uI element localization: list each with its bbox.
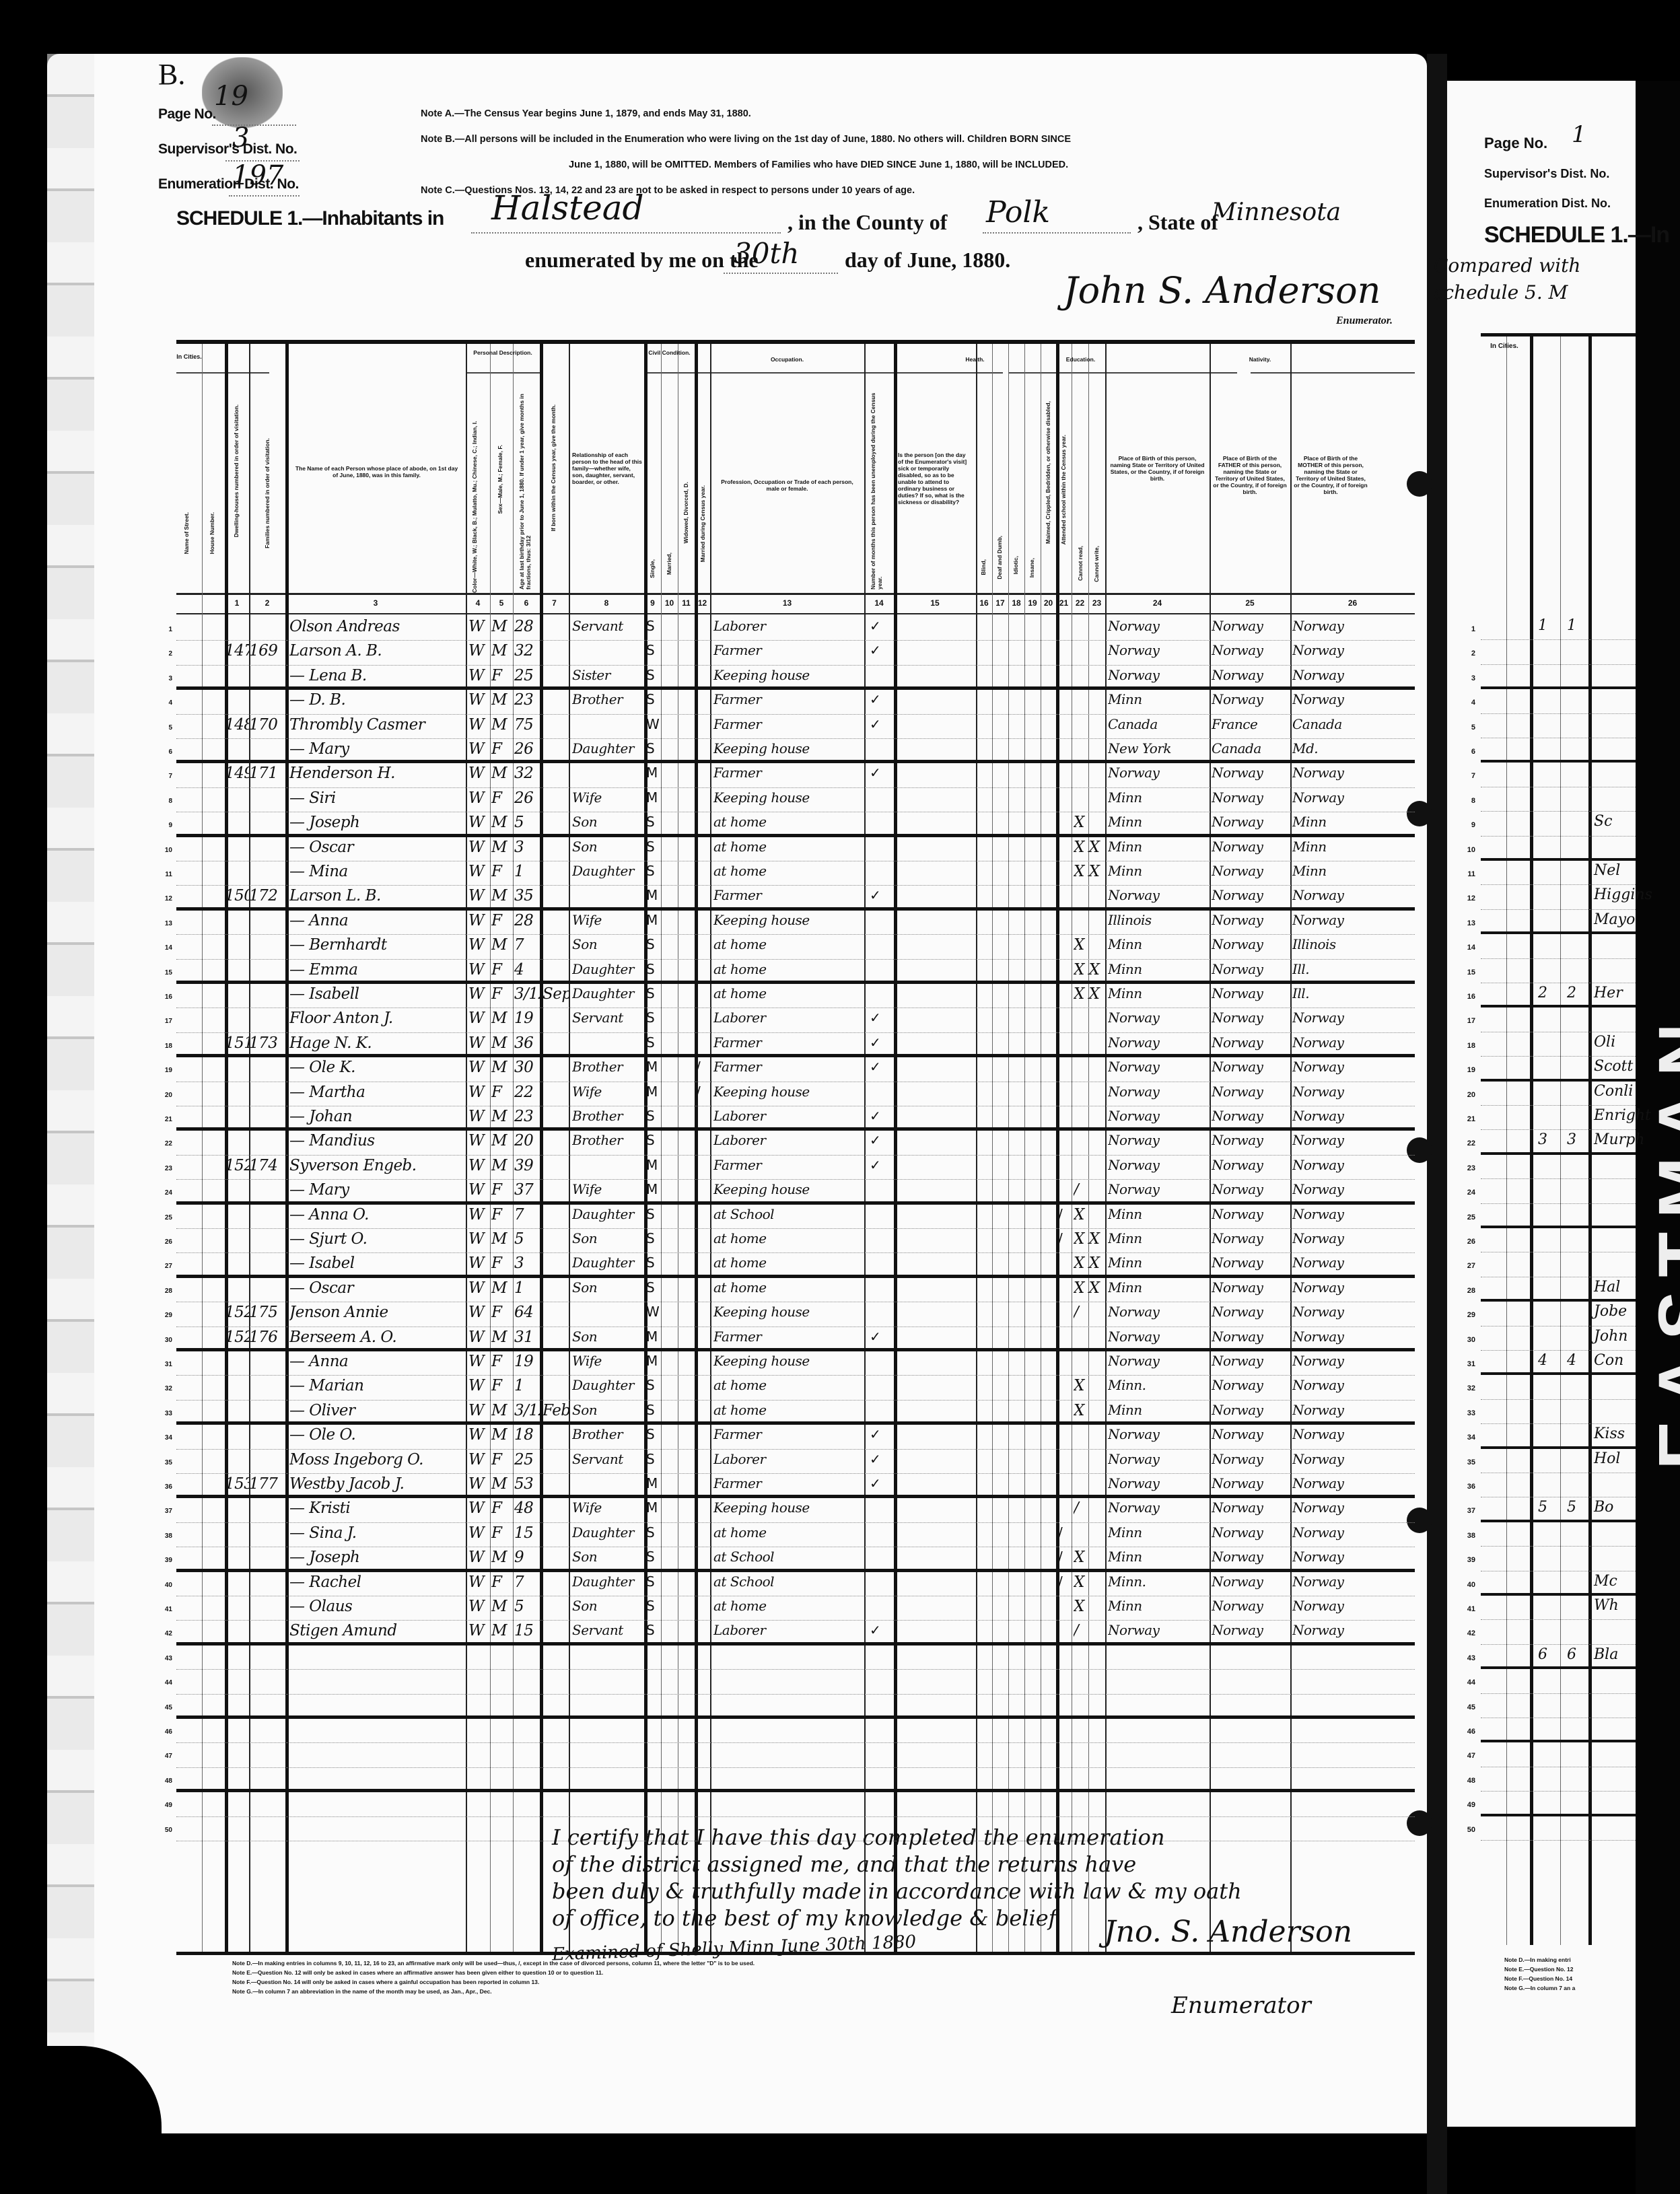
- occupation: Farmer: [713, 1475, 863, 1491]
- age: 39: [514, 1157, 540, 1174]
- birthplace-mother: Norway: [1292, 1108, 1413, 1124]
- row-number: 12: [1455, 894, 1475, 903]
- family-number: 169: [249, 642, 285, 660]
- row-number: 29: [1455, 1311, 1475, 1319]
- person-name: — Siri: [289, 789, 466, 807]
- table-row: 8— SiriWF26WifeMKeeping houseMinnNorwayN…: [176, 788, 1415, 812]
- birthplace-mother: Norway: [1292, 1353, 1413, 1369]
- birthplace-mother: Canada: [1292, 716, 1413, 732]
- color: W: [468, 887, 490, 905]
- birthplace-mother: Norway: [1292, 1451, 1413, 1467]
- birthplace-father: Norway: [1212, 618, 1290, 634]
- row-number: 39: [157, 1557, 172, 1564]
- person-name: Hal: [1594, 1279, 1620, 1296]
- group-line: [644, 372, 718, 374]
- page-edge: [47, 54, 94, 2133]
- page-no-value: 19: [214, 81, 248, 112]
- age: 7: [514, 936, 540, 954]
- family-number: 2: [1567, 985, 1576, 1001]
- color: W: [468, 1499, 490, 1517]
- table-row: 45: [176, 1695, 1415, 1719]
- person-name: — Johan: [289, 1108, 466, 1125]
- age: 28: [514, 618, 540, 635]
- group-nativity: Nativity.: [1105, 356, 1415, 363]
- birthplace-father: Norway: [1212, 1549, 1290, 1565]
- birthplace-mother: Norway: [1292, 1549, 1413, 1565]
- adj-table-row: 13Mayo: [1481, 910, 1636, 934]
- occupation: Laborer: [713, 618, 863, 634]
- row-number: 4: [157, 699, 172, 707]
- person-name: John: [1594, 1328, 1628, 1345]
- row-number: 8: [1455, 797, 1475, 805]
- person-name: — Joseph: [289, 1549, 466, 1566]
- birthplace-self: Minn.: [1108, 1377, 1209, 1393]
- hdr-occupation: Profession, Occupation or Trade of each …: [715, 479, 860, 492]
- civil-condition: S: [646, 740, 693, 756]
- sex: F: [491, 1573, 513, 1591]
- occupation: Farmer: [713, 642, 863, 658]
- civil-condition: S: [646, 618, 693, 634]
- occupation: Farmer: [713, 887, 863, 903]
- birthplace-self: Minn: [1108, 1402, 1209, 1418]
- group-line: [710, 372, 1003, 374]
- relationship: Daughter: [572, 863, 643, 879]
- color: W: [468, 1034, 490, 1052]
- adj-table-row: 27: [1481, 1252, 1636, 1277]
- dwelling-number: 6: [1538, 1646, 1547, 1663]
- family-number: 173: [249, 1034, 285, 1052]
- birthplace-mother: Norway: [1292, 1622, 1413, 1638]
- sex: F: [491, 863, 513, 880]
- row-number: 40: [157, 1582, 172, 1589]
- adj-table-row: 8: [1481, 787, 1636, 812]
- row-number: 50: [157, 1827, 172, 1834]
- birthplace-father: Norway: [1212, 1084, 1290, 1100]
- row-number: 18: [1455, 1042, 1475, 1050]
- occupation: at home: [713, 1230, 863, 1246]
- adj-table-row: 14: [1481, 934, 1636, 958]
- civil-condition: M: [646, 1157, 693, 1173]
- adj-table-row: 46: [1481, 1718, 1636, 1742]
- adj-table-row: 25: [1481, 1204, 1636, 1228]
- civil-condition: S: [646, 1451, 693, 1467]
- person-name: — Sina J.: [289, 1524, 466, 1542]
- civil-condition: S: [646, 936, 693, 952]
- adj-table-row: 17: [1481, 1007, 1636, 1032]
- color: W: [468, 1329, 490, 1346]
- person-name: — Ole K.: [289, 1059, 466, 1076]
- row-number: 35: [1455, 1458, 1475, 1466]
- relationship: Son: [572, 936, 643, 952]
- relationship: Brother: [572, 1426, 643, 1442]
- row-number: 24: [1455, 1189, 1475, 1197]
- adj-bottom-notes: Note D.—In making entri Note E.—Question…: [1504, 1955, 1575, 1993]
- birthplace-father: Norway: [1212, 789, 1290, 806]
- table-row: 44: [176, 1670, 1415, 1694]
- sex: M: [491, 839, 513, 856]
- color: W: [468, 716, 490, 734]
- row-number: 11: [1455, 870, 1475, 878]
- adj-note-e: Note E.—Question No. 12: [1504, 1965, 1575, 1974]
- cert-line: of the district assigned me, and that th…: [552, 1851, 1427, 1878]
- relationship: Son: [572, 839, 643, 855]
- note-e: Note E.—Question No. 12 will only be ask…: [232, 1968, 755, 1977]
- row-number: 41: [157, 1606, 172, 1613]
- person-name: Larson A. B.: [289, 642, 466, 660]
- birthplace-self: Canada: [1108, 716, 1209, 732]
- relationship: Servant: [572, 1010, 643, 1026]
- row-number: 40: [1455, 1581, 1475, 1589]
- family-number: 175: [249, 1304, 285, 1321]
- civil-condition: S: [646, 1132, 693, 1148]
- row-number: 50: [1455, 1826, 1475, 1834]
- birthplace-father: Norway: [1212, 667, 1290, 683]
- cannot-read-write: X: [1074, 1206, 1105, 1224]
- colnum: 23: [1088, 598, 1105, 608]
- person-name: Her: [1594, 985, 1623, 1001]
- table-row: 20— MarthaWF22WifeM/Keeping houseNorwayN…: [176, 1082, 1415, 1106]
- age: 31: [514, 1329, 540, 1346]
- sex: M: [491, 618, 513, 635]
- group-in-cities: In Cities.: [176, 353, 202, 360]
- color: W: [468, 691, 490, 709]
- occupation: Farmer: [713, 765, 863, 781]
- occupation: at School: [713, 1206, 863, 1222]
- occupation: Farmer: [713, 1034, 863, 1051]
- relationship: Daughter: [572, 1573, 643, 1590]
- age: 32: [514, 765, 540, 782]
- row-number: 10: [157, 847, 172, 854]
- civil-condition: S: [646, 1206, 693, 1222]
- age: 9: [514, 1549, 540, 1566]
- birthplace-self: Minn: [1108, 1254, 1209, 1271]
- family-number: 170: [249, 716, 285, 734]
- person-name: Nel: [1594, 862, 1620, 879]
- color: W: [468, 1426, 490, 1444]
- age: 22: [514, 1084, 540, 1101]
- row-number: 45: [1455, 1703, 1475, 1711]
- birthplace-father: Norway: [1212, 1475, 1290, 1491]
- hdr-single: Single,: [649, 559, 656, 578]
- table-row: 38— Sina J.WF15DaughterSat home/MinnNorw…: [176, 1523, 1415, 1547]
- color: W: [468, 814, 490, 831]
- colnum: 12: [695, 598, 710, 608]
- sex: F: [491, 1451, 513, 1468]
- civil-condition: M: [646, 1499, 693, 1516]
- birthplace-self: Minn.: [1108, 1573, 1209, 1590]
- sex: M: [491, 1034, 513, 1052]
- row-number: 24: [157, 1189, 172, 1197]
- age: 5: [514, 814, 540, 831]
- civil-condition: S: [646, 1034, 693, 1051]
- occupation: Laborer: [713, 1132, 863, 1148]
- cert-line: been duly & truthfully made in accordanc…: [552, 1878, 1427, 1905]
- civil-condition: M: [646, 1059, 693, 1075]
- adj-table-row: 15: [1481, 959, 1636, 983]
- color: W: [468, 1304, 490, 1321]
- row-number: 43: [1455, 1654, 1475, 1662]
- color: W: [468, 1157, 490, 1174]
- cannot-read-write: X X: [1074, 839, 1105, 856]
- cannot-read-write: X: [1074, 814, 1105, 831]
- birthplace-self: Minn: [1108, 1524, 1209, 1541]
- occupation: Keeping house: [713, 1181, 863, 1197]
- occupation: Farmer: [713, 691, 863, 707]
- birthplace-father: Norway: [1212, 1181, 1290, 1197]
- birthplace-self: Minn: [1108, 1206, 1209, 1222]
- age: 4: [514, 961, 540, 979]
- table-row: 2147169Larson A. B.WM32SFarmer✓NorwayNor…: [176, 641, 1415, 665]
- attended-school: /: [1058, 1230, 1072, 1246]
- bottom-notes: Note D.—In making entries in columns 9, …: [232, 1958, 755, 1996]
- day-value: 30th: [734, 237, 799, 270]
- cannot-read-write: X X: [1074, 961, 1105, 979]
- color: W: [468, 1451, 490, 1468]
- civil-condition: M: [646, 887, 693, 903]
- row-number: 47: [157, 1753, 172, 1760]
- birthplace-father: Norway: [1212, 1034, 1290, 1051]
- hdr-street: Name of Street.: [183, 512, 190, 554]
- person-name: — Oscar: [289, 839, 466, 856]
- table-row: 34— Ole O.WM18BrotherSFarmer✓NorwayNorwa…: [176, 1425, 1415, 1449]
- table-row: 10— OscarWM3SonSat homeX XMinnNorwayMinn: [176, 837, 1415, 861]
- age: 25: [514, 1451, 540, 1468]
- relationship: Wife: [572, 1181, 643, 1197]
- occupation: at home: [713, 1279, 863, 1296]
- birthplace-self: Norway: [1108, 1108, 1209, 1124]
- attended-school: /: [1058, 1524, 1072, 1541]
- row-number: 44: [1455, 1678, 1475, 1687]
- sex: M: [491, 1622, 513, 1639]
- row-number: 19: [157, 1067, 172, 1074]
- age: 19: [514, 1010, 540, 1027]
- adj-table-row: 40Mc: [1481, 1571, 1636, 1596]
- table-row: 42Stigen AmundWM15ServantSLaborer✓/Norwa…: [176, 1621, 1415, 1645]
- birthplace-father: Norway: [1212, 1499, 1290, 1516]
- color: W: [468, 667, 490, 684]
- relationship: Brother: [572, 691, 643, 707]
- birthplace-father: Canada: [1212, 740, 1290, 756]
- dwelling-number: 151: [225, 1034, 249, 1052]
- page-no-label: Page No.: [158, 106, 216, 122]
- birthplace-mother: Minn: [1292, 814, 1413, 830]
- person-name: Con: [1594, 1352, 1623, 1369]
- birthplace-father: Norway: [1212, 1230, 1290, 1246]
- sex: F: [491, 1304, 513, 1321]
- unemployed: ✓: [870, 887, 893, 903]
- row-number: 33: [157, 1410, 172, 1417]
- sex: M: [491, 887, 513, 905]
- dwelling-number: 150: [225, 887, 249, 905]
- unemployed: ✓: [870, 1157, 893, 1173]
- microfilm-label: EASTMAN: [1642, 1010, 1680, 1470]
- colnum: 5: [490, 598, 513, 608]
- occupation: Keeping house: [713, 1084, 863, 1100]
- row-number: 37: [157, 1508, 172, 1515]
- colnum: 18: [1008, 598, 1024, 608]
- occupation: Farmer: [713, 1426, 863, 1442]
- colnum: 3: [285, 598, 466, 608]
- adj-table-row: 11Nel: [1481, 861, 1636, 885]
- certification-signature: Jno. S. Anderson: [1104, 1915, 1352, 1949]
- occupation: at home: [713, 863, 863, 879]
- occupation: at home: [713, 1402, 863, 1418]
- birthplace-self: Norway: [1108, 1499, 1209, 1516]
- row-number: 26: [1455, 1238, 1475, 1246]
- person-name: Conli: [1594, 1083, 1633, 1100]
- group-health: Health.: [894, 356, 1056, 363]
- date-suffix: day of June, 1880.: [845, 248, 1010, 273]
- county-value: Polk: [986, 195, 1050, 229]
- row-number: 46: [157, 1728, 172, 1736]
- person-name: — Bernhardt: [289, 936, 466, 954]
- person-name: Mc: [1594, 1573, 1617, 1590]
- table-row: 32— MarianWF1DaughterSat homeXMinn.Norwa…: [176, 1376, 1415, 1400]
- occupation: Keeping house: [713, 1304, 863, 1320]
- birthplace-father: Norway: [1212, 1279, 1290, 1296]
- table-row: 16— IsabellWF3/12SeptDaughterSat homeX X…: [176, 984, 1415, 1008]
- age: 15: [514, 1622, 540, 1639]
- group-line: [176, 372, 269, 374]
- cannot-read-write: X: [1074, 1402, 1105, 1419]
- birthplace-mother: Minn: [1292, 839, 1413, 855]
- adj-table-row: 7: [1481, 763, 1636, 787]
- occupation: at home: [713, 839, 863, 855]
- birthplace-self: Norway: [1108, 618, 1209, 634]
- person-name: Scott: [1594, 1058, 1633, 1075]
- civil-condition: M: [646, 1353, 693, 1369]
- birthplace-mother: Norway: [1292, 1499, 1413, 1516]
- row-number: 14: [1455, 944, 1475, 952]
- dwelling-number: 3: [1538, 1131, 1547, 1148]
- adj-table-row: 49: [1481, 1792, 1636, 1816]
- color: W: [468, 1254, 490, 1272]
- cannot-read-write: /: [1074, 1181, 1105, 1199]
- age: 5: [514, 1230, 540, 1248]
- birthplace-mother: Norway: [1292, 1157, 1413, 1173]
- dwelling-number: 1: [1538, 617, 1547, 634]
- row-number: 47: [1455, 1752, 1475, 1760]
- hdr-widowed: Widowed, Divorced, D.: [682, 482, 689, 544]
- dwelling-number: 4: [1538, 1352, 1547, 1369]
- birthplace-father: Norway: [1212, 1524, 1290, 1541]
- person-name: Hage N. K.: [289, 1034, 466, 1052]
- colnum: 15: [894, 598, 976, 608]
- age: 53: [514, 1475, 540, 1493]
- table-row: 21— JohanWM23BrotherSLaborer✓NorwayNorwa…: [176, 1106, 1415, 1131]
- color: W: [468, 1377, 490, 1394]
- birthplace-mother: Md.: [1292, 740, 1413, 756]
- birthplace-father: Norway: [1212, 887, 1290, 903]
- note-a: Note A.—The Census Year begins June 1, 1…: [421, 101, 1350, 127]
- adj-in-cities: In Cities.: [1481, 343, 1528, 350]
- group-civil: Civil Condition.: [644, 349, 695, 356]
- table-row: 9— JosephWM5SonSat homeXMinnNorwayMinn: [176, 812, 1415, 837]
- hdr-idiotic: Idiotic,: [1012, 556, 1019, 574]
- adj-table-row: 45: [1481, 1694, 1636, 1718]
- sex: M: [491, 1598, 513, 1615]
- relationship: Brother: [572, 1059, 643, 1075]
- person-name: Berseem A. O.: [289, 1329, 466, 1346]
- adj-note: Compared with schedule 5. M: [1434, 252, 1636, 306]
- birthplace-mother: Norway: [1292, 1598, 1413, 1614]
- sex: F: [491, 1377, 513, 1394]
- table-row: 48: [176, 1768, 1415, 1792]
- birthplace-father: Norway: [1212, 1108, 1290, 1124]
- group-occupation: Occupation.: [710, 356, 864, 363]
- family-number: 176: [249, 1329, 285, 1346]
- hdr-relationship: Relationship of each person to the head …: [572, 452, 642, 485]
- birthplace-self: Norway: [1108, 1451, 1209, 1467]
- color: W: [468, 863, 490, 880]
- adj-page-no: 1: [1572, 121, 1586, 148]
- row-number: 9: [1455, 821, 1475, 829]
- birthplace-self: Norway: [1108, 1329, 1209, 1345]
- person-name: Jobe: [1594, 1303, 1627, 1320]
- color: W: [468, 936, 490, 954]
- color: W: [468, 1132, 490, 1149]
- civil-condition: M: [646, 1181, 693, 1197]
- color: W: [468, 765, 490, 782]
- birthplace-self: New York: [1108, 740, 1209, 756]
- person-name: Thrombly Casmer: [289, 716, 466, 734]
- colnum: 24: [1105, 598, 1210, 608]
- birthplace-self: Norway: [1108, 1132, 1209, 1148]
- colnum: 16: [976, 598, 992, 608]
- table-row: 15— EmmaWF4DaughterSat homeX XMinnNorway…: [176, 960, 1415, 984]
- adj-table-row: 3: [1481, 665, 1636, 689]
- person-name: — Kristi: [289, 1499, 466, 1517]
- adj-page-no-label: Page No.: [1484, 135, 1547, 152]
- relationship: Brother: [572, 1132, 643, 1148]
- color: W: [468, 1524, 490, 1542]
- civil-condition: S: [646, 1377, 693, 1393]
- row-number: 32: [1455, 1384, 1475, 1392]
- row-number: 29: [157, 1312, 172, 1319]
- family-number: 1: [1567, 617, 1576, 634]
- dwelling-number: 152: [225, 1329, 249, 1346]
- row-number: 2: [1455, 649, 1475, 658]
- hdr-maimed: Maimed, Crippled, Bedridden, or otherwis…: [1045, 401, 1051, 544]
- table-row: 14— BernhardtWM7SonSat homeXMinnNorwayIl…: [176, 935, 1415, 959]
- place-line: [471, 232, 781, 234]
- color: W: [468, 839, 490, 856]
- table-row: 5148170Thrombly CasmerWM75WFarmer✓Canada…: [176, 715, 1415, 739]
- birthplace-self: Norway: [1108, 642, 1209, 658]
- birthplace-self: Minn: [1108, 1279, 1209, 1296]
- color: W: [468, 1206, 490, 1224]
- colnum: 25: [1210, 598, 1290, 608]
- age: 1: [514, 863, 540, 880]
- adj-table-row: 34Kiss: [1481, 1424, 1636, 1448]
- unemployed: ✓: [870, 642, 893, 658]
- occupation: at home: [713, 936, 863, 952]
- adj-table-row: 10: [1481, 837, 1636, 861]
- row-number: 18: [157, 1042, 172, 1050]
- person-name: Kiss: [1594, 1425, 1625, 1442]
- row-number: 14: [157, 944, 172, 952]
- civil-condition: S: [646, 961, 693, 977]
- supervisor-label: Supervisor's Dist. No.: [158, 141, 297, 157]
- row-number: 42: [157, 1630, 172, 1637]
- note-d: Note D.—In making entries in columns 9, …: [232, 1958, 755, 1968]
- sex: M: [491, 716, 513, 734]
- sex: M: [491, 1402, 513, 1419]
- person-name: Syverson Engeb.: [289, 1157, 466, 1174]
- table-row: 43: [176, 1645, 1415, 1670]
- age: 26: [514, 789, 540, 807]
- adj-supervisor-label: Supervisor's Dist. No.: [1484, 167, 1609, 181]
